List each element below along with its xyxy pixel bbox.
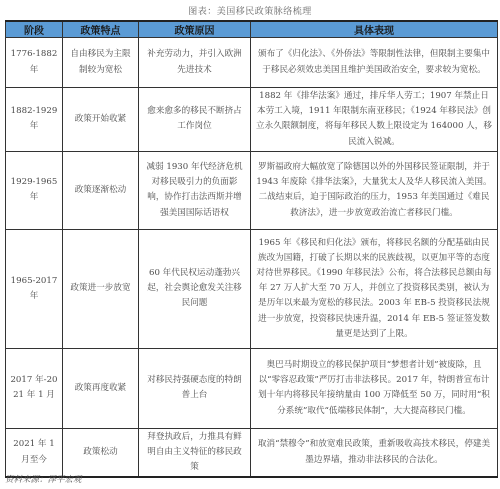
cell-detail: 1882 年《排华法案》通过，排斥华人劳工；1907 年禁止日本劳工入境，191… [251, 88, 498, 152]
table-row: 1929-1965 年 政策逐渐松动 减弱 1930 年代经济危机对移民吸引力的… [6, 151, 498, 229]
header-stage: 阶段 [6, 21, 63, 38]
table-row: 1776-1882 年 自由移民为主限制较为宽松 补充劳动力，并引入欧洲先进技术… [6, 38, 498, 88]
figure-title: 图表：美国移民政策脉络梳理 [0, 4, 500, 17]
header-reason: 政策原因 [139, 21, 251, 38]
cell-reason: 拜登执政后，力推具有鲜明自由主义特征的移民政策 [139, 428, 251, 477]
cell-feature: 政策再度收紧 [63, 348, 139, 428]
cell-stage: 2017 年-2021 年 1 月 [6, 348, 63, 428]
cell-reason: 60 年代民权运动蓬勃兴起，社会舆论愈发关注移民问题 [139, 229, 251, 348]
table-row: 2017 年-2021 年 1 月 政策再度收紧 对移民持强硬态度的特朗普上台 … [6, 348, 498, 428]
table-row: 1965-2017 年 政策进一步放宽 60 年代民权运动蓬勃兴起，社会舆论愈发… [6, 229, 498, 348]
cell-feature: 自由移民为主限制较为宽松 [63, 38, 139, 88]
cell-stage: 1776-1882 年 [6, 38, 63, 88]
source-note: 资料来源：泽平宏观 [5, 473, 82, 485]
cell-stage: 2021 年 1 月至今 [6, 428, 63, 477]
header-detail: 具体表现 [251, 21, 498, 38]
cell-detail: 颁布了《归化法》、《外侨法》等限制性法律，但限制主要集中于移民必须效忠美国且维护… [251, 38, 498, 88]
cell-stage: 1965-2017 年 [6, 229, 63, 348]
cell-reason: 减弱 1930 年代经济危机对移民吸引力的负面影响，协作打击法西斯并增强美国国际… [139, 151, 251, 229]
cell-detail: 取消“禁穆令”和放宽难民政策，重新吸收高技术移民，停建美墨边界墙，推动非法移民的… [251, 428, 498, 477]
cell-feature: 政策松动 [63, 428, 139, 477]
cell-feature: 政策开始收紧 [63, 88, 139, 152]
cell-detail: 罗斯福政府大幅放宽了除德国以外的外国移民签证限制，并于 1943 年废除《排华法… [251, 151, 498, 229]
cell-stage: 1929-1965 年 [6, 151, 63, 229]
cell-feature: 政策进一步放宽 [63, 229, 139, 348]
cell-reason: 对移民持强硬态度的特朗普上台 [139, 348, 251, 428]
cell-stage: 1882-1929 年 [6, 88, 63, 152]
table-row: 2021 年 1 月至今 政策松动 拜登执政后，力推具有鲜明自由主义特征的移民政… [6, 428, 498, 477]
table-row: 1882-1929 年 政策开始收紧 愈来愈多的移民不断挤占工作岗位 1882 … [6, 88, 498, 152]
cell-detail: 奥巴马时期设立的移民保护项目“梦想者计划”被废除，且以“零容忍政策”严厉打击非法… [251, 348, 498, 428]
cell-detail: 1965 年《移民和归化法》颁布，将移民名额的分配基础由民族改为国籍，打破了长期… [251, 229, 498, 348]
table-header-row: 阶段 政策特点 政策原因 具体表现 [6, 21, 498, 38]
header-feature: 政策特点 [63, 21, 139, 38]
immigration-policy-table: 阶段 政策特点 政策原因 具体表现 1776-1882 年 自由移民为主限制较为… [5, 20, 498, 478]
cell-feature: 政策逐渐松动 [63, 151, 139, 229]
cell-reason: 补充劳动力，并引入欧洲先进技术 [139, 38, 251, 88]
cell-reason: 愈来愈多的移民不断挤占工作岗位 [139, 88, 251, 152]
